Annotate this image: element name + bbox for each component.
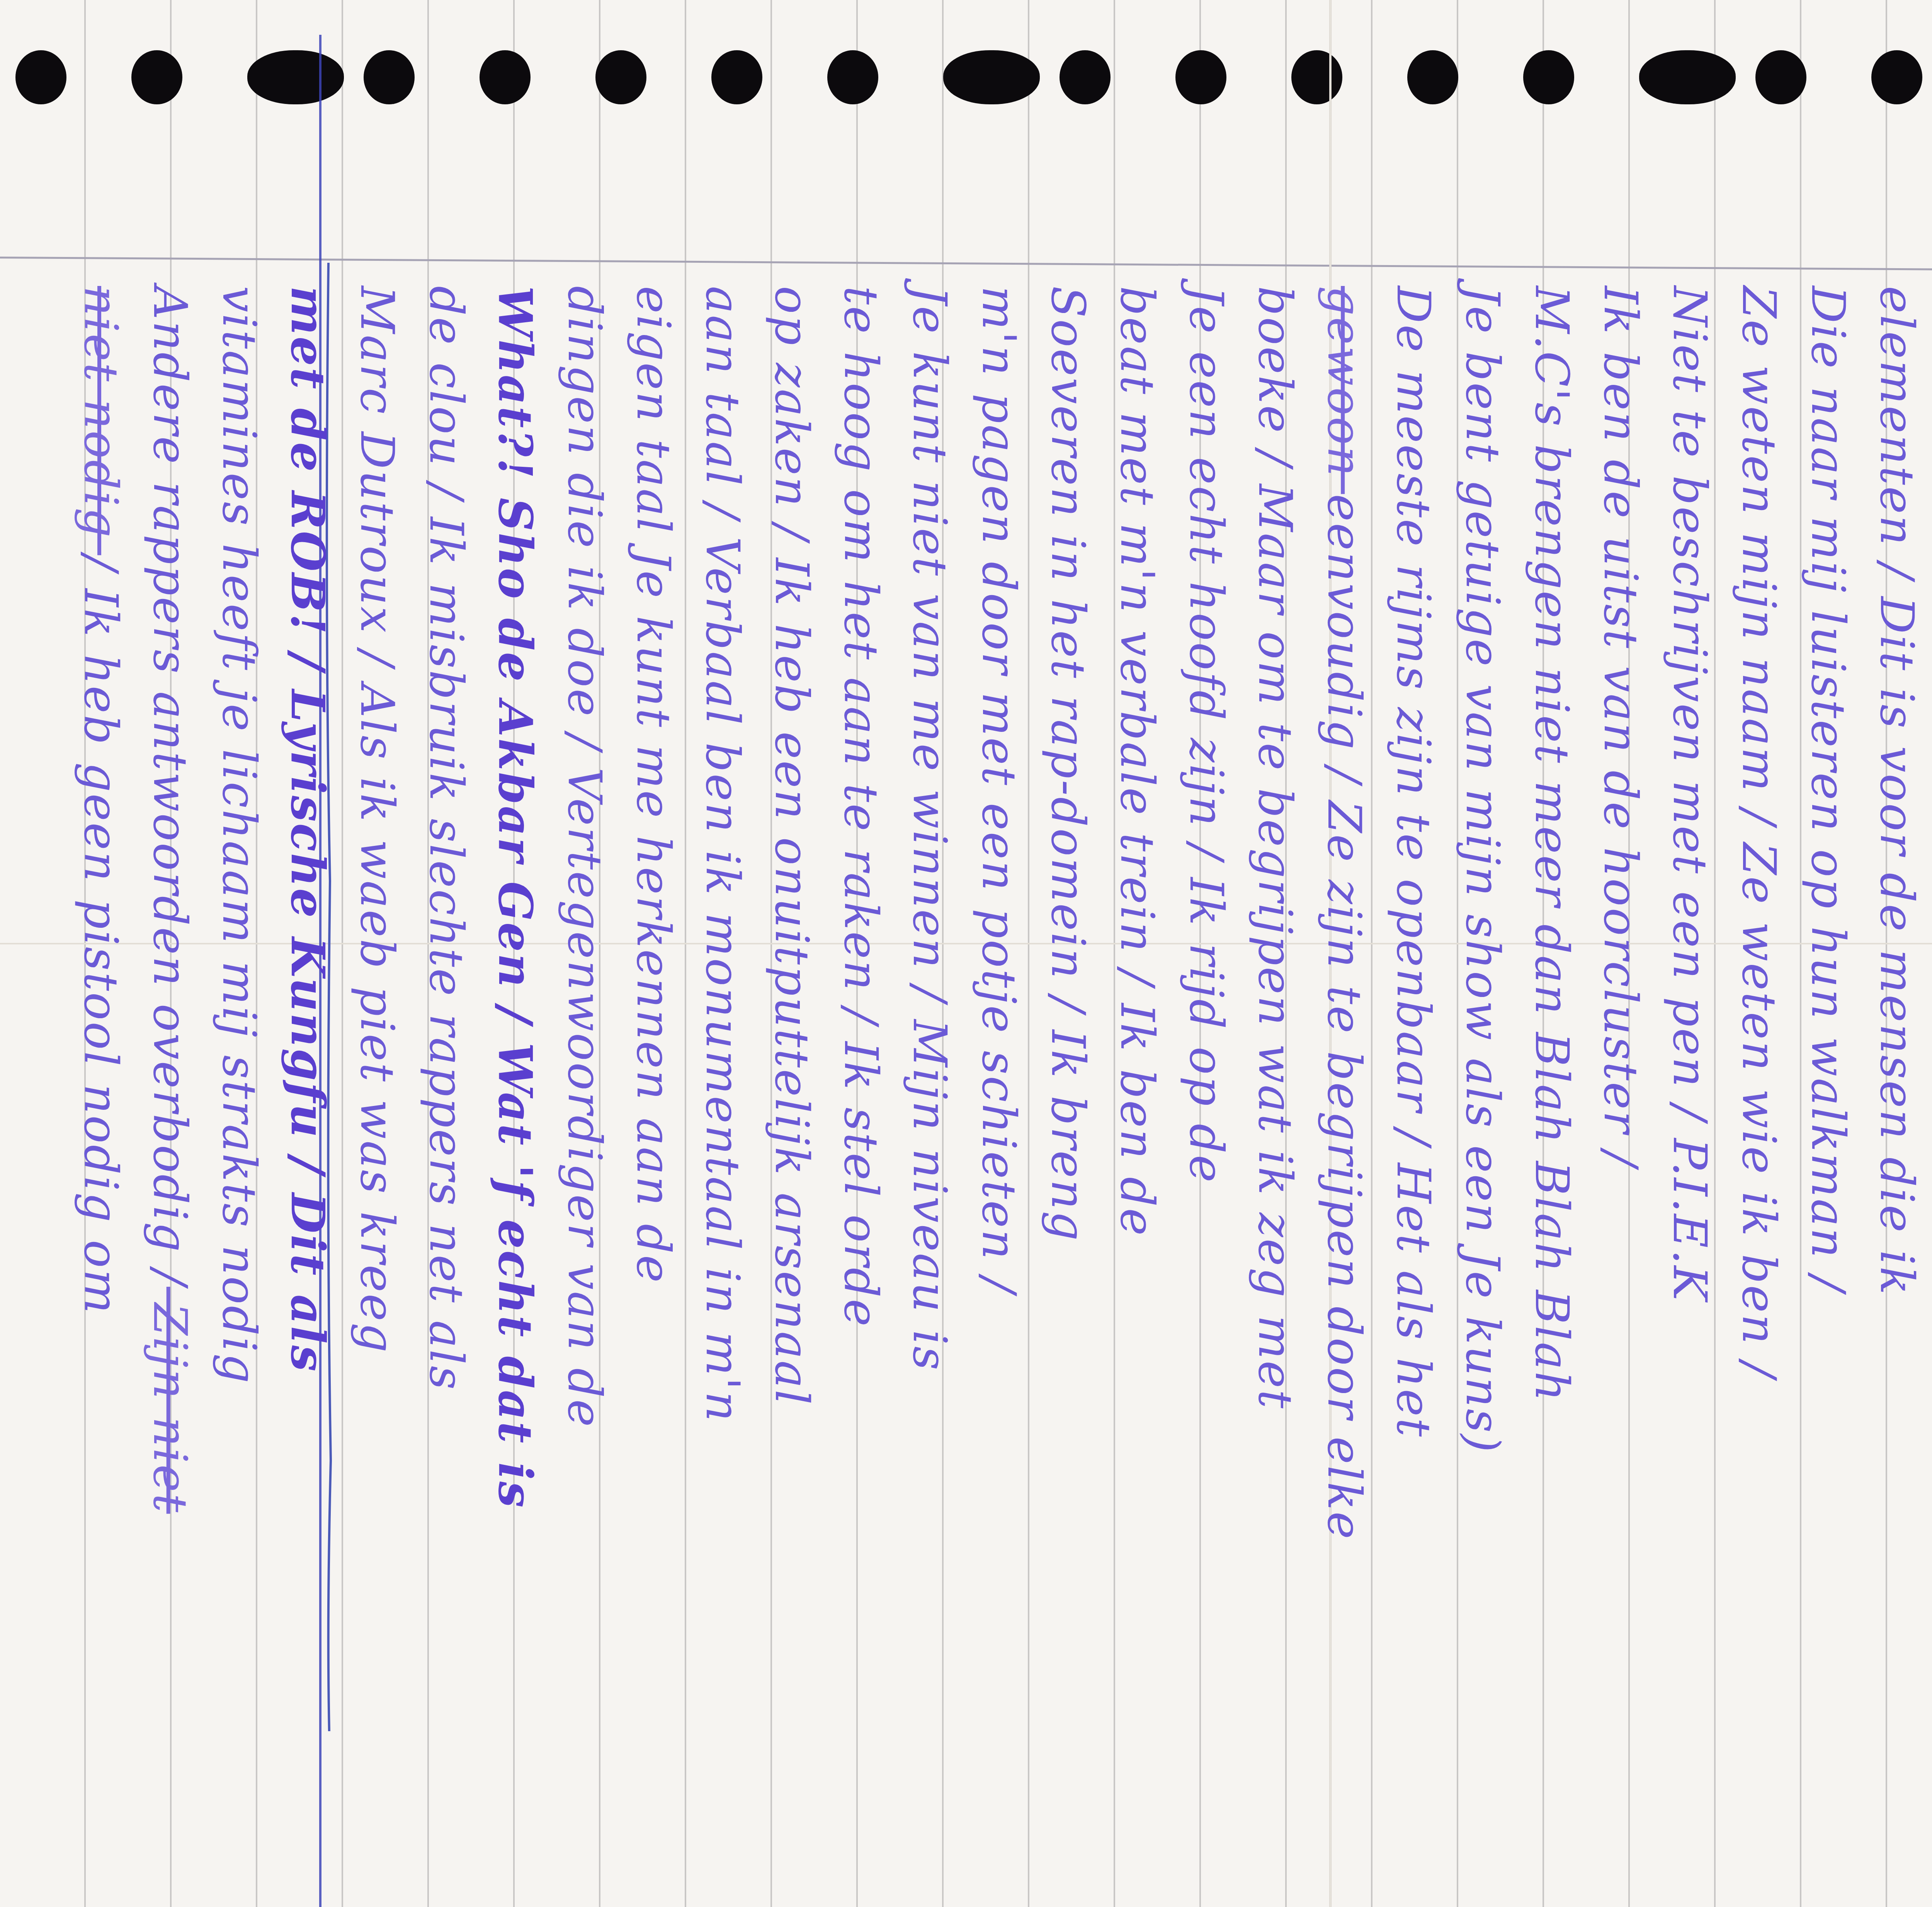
lyric-line: dingen die ik doe / Vertegenwoordiger va… xyxy=(546,286,623,1428)
lyric-text: beat met m'n verbale trein / Ik ben de xyxy=(1110,286,1164,1237)
crossed-out-word: niet nodig xyxy=(74,286,128,555)
punch-hole xyxy=(480,50,531,104)
lyric-line: aan taal / Verbaal ben ik monumentaal in… xyxy=(684,286,761,1423)
lyric-line: op zaken / Ik heb een onuitputtelijk ars… xyxy=(753,286,830,1406)
punch-hole xyxy=(1639,50,1736,104)
crossed-out-word: Zijn niet xyxy=(143,1287,197,1514)
punch-hole xyxy=(131,50,182,104)
lyric-text: / Ik heb geen pistool nodig om xyxy=(74,555,128,1315)
lyric-line: De meeste rijms zijn te openbaar / Het a… xyxy=(1374,286,1452,1438)
lyric-line: Ik ben de uitst van de hoorcluster / xyxy=(1582,286,1659,1168)
lyric-text: eenvoudig / Ze zijn te begrijpen door el… xyxy=(1317,494,1371,1540)
lyric-line: gewoon eenvoudig / Ze zijn te begrijpen … xyxy=(1305,286,1383,1541)
lyric-text: Ze weten mijn naam / Ze weten wie ik ben… xyxy=(1732,286,1786,1379)
punch-hole xyxy=(711,50,762,104)
punch-hole xyxy=(827,50,878,104)
lyric-text: eigen taal Je kunt me herkennen aan de xyxy=(626,286,680,1284)
lyric-line: Marc Dutroux / Als ik waeb piet was kree… xyxy=(338,286,415,1354)
lyric-line: Ze weten mijn naam / Ze weten wie ik ben… xyxy=(1720,286,1797,1379)
lyric-line: Die naar mij luisteren op hun walkman / xyxy=(1789,286,1866,1293)
punch-hole xyxy=(15,50,66,104)
lyric-line: M.C's brengen niet meer dan Blah Blah Bl… xyxy=(1513,286,1590,1403)
punch-hole xyxy=(364,50,415,104)
lyric-line: te hoog om het aan te raken / Ik stel or… xyxy=(822,286,899,1328)
lyric-text: op zaken / Ik heb een onuitputtelijk ars… xyxy=(765,286,818,1406)
lyric-line: What?! Sho de Akbar Gen / Wat 'f echt da… xyxy=(476,286,554,1509)
lyric-text: Je een echt hoofd zijn / Ik rijd op de xyxy=(1179,286,1233,1184)
punch-hole xyxy=(1871,50,1922,104)
lyric-text: What?! Sho de Akbar Gen / Wat 'f echt da… xyxy=(488,286,543,1509)
lyric-line: Soeveren in het rap-domein / Ik breng xyxy=(1029,286,1106,1242)
lyric-line: vitamines heeft je lichaam mij strakts n… xyxy=(200,286,277,1385)
lyric-text: Je kunt niet van me winnen / Mijn niveau… xyxy=(903,286,956,1372)
lyric-text: Andere rappers antwoorden overbodig / xyxy=(143,286,197,1287)
lyric-text: Soeveren in het rap-domein / Ik breng xyxy=(1041,286,1095,1242)
lyric-line: met de ROB! / Lyrische Kungfu / Dit als xyxy=(269,286,346,1373)
lyric-text: Niet te beschrijven met een pen / P.I.E.… xyxy=(1663,286,1716,1302)
lyric-line: Je een echt hoofd zijn / Ik rijd op de xyxy=(1167,286,1245,1184)
lyric-text: elementen / Dit is voor de mensen die ik xyxy=(1870,286,1923,1296)
lyric-text: dingen die ik doe / Vertegenwoordiger va… xyxy=(558,286,611,1428)
punch-hole xyxy=(1523,50,1574,104)
punch-hole xyxy=(247,50,344,104)
lyric-line: niet nodig / Ik heb geen pistool nodig o… xyxy=(62,286,139,1315)
lyric-line: Je kunt niet van me winnen / Mijn niveau… xyxy=(891,286,968,1372)
lyric-text: boeke / Maar om te begrijpen wat ik zeg … xyxy=(1248,286,1302,1410)
lyric-text: Ik ben de uitst van de hoorcluster / xyxy=(1594,286,1647,1168)
punch-hole xyxy=(1175,50,1226,104)
punch-hole xyxy=(595,50,646,104)
lyric-text: te hoog om het aan te raken / Ik stel or… xyxy=(834,286,888,1328)
lyric-text: Marc Dutroux / Als ik waeb piet was kree… xyxy=(350,286,404,1354)
lyric-line: Je bent getuige van mijn show als een Je… xyxy=(1444,286,1521,1454)
lyric-text: aan taal / Verbaal ben ik monumentaal in… xyxy=(696,286,749,1423)
lyric-text: m'n pagen door met een potje schieten / xyxy=(972,286,1026,1295)
lyric-text: De meeste rijms zijn te openbaar / Het a… xyxy=(1386,286,1440,1438)
punch-holes xyxy=(0,50,1932,112)
lyric-line: Niet te beschrijven met een pen / P.I.E.… xyxy=(1651,286,1728,1302)
lyric-text: Die naar mij luisteren op hun walkman / xyxy=(1801,286,1855,1293)
lyric-text: M.C's brengen niet meer dan Blah Blah Bl… xyxy=(1525,286,1578,1403)
lyric-line: eigen taal Je kunt me herkennen aan de xyxy=(614,286,692,1284)
lyric-line: Andere rappers antwoorden overbodig / Zi… xyxy=(131,286,208,1514)
notebook-page: Piek & Sandman de perpuentenVoor dit gel… xyxy=(0,0,1932,1907)
punch-hole xyxy=(1291,50,1342,104)
punch-hole xyxy=(1407,50,1458,104)
punch-hole xyxy=(1755,50,1806,104)
punch-hole xyxy=(1060,50,1111,104)
lyric-line: elementen / Dit is voor de mensen die ik xyxy=(1858,286,1932,1296)
punch-hole xyxy=(943,50,1040,104)
lyric-line: boeke / Maar om te begrijpen wat ik zeg … xyxy=(1236,286,1313,1410)
lyric-text: vitamines heeft je lichaam mij strakts n… xyxy=(212,286,266,1385)
lyric-text: de clou / Ik misbruik slechte rappers ne… xyxy=(419,286,473,1391)
lyric-text: met de ROB! / Lyrische Kungfu / Dit als xyxy=(281,286,335,1373)
lyric-line: m'n pagen door met een potje schieten / xyxy=(960,286,1037,1295)
crossed-out-word: gewoon xyxy=(1317,286,1371,494)
lyric-line: beat met m'n verbale trein / Ik ben de xyxy=(1098,286,1175,1237)
lyric-line: de clou / Ik misbruik slechte rappers ne… xyxy=(407,286,485,1391)
lyric-text: Je bent getuige van mijn show als een Je… xyxy=(1456,286,1509,1454)
lyrics-body: Piek & Sandman de perpuentenVoor dit gel… xyxy=(0,270,1932,1907)
